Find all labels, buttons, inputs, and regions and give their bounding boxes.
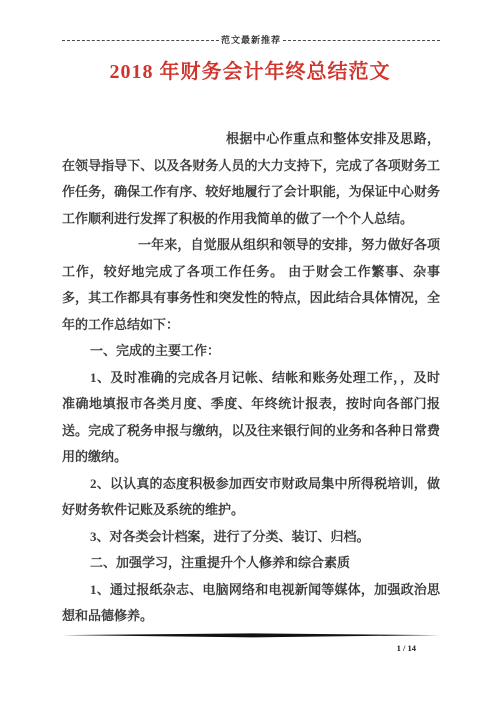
header-dash-left bbox=[62, 40, 219, 41]
paragraph-overview: 一年来，自觉服从组织和领导的安排，努力做好各项工作，较好地完成了各项工作任务。 … bbox=[62, 232, 440, 338]
list-item-3: 3、对各类会计档案，进行了分类、装订、归档。 bbox=[62, 524, 440, 551]
document-title: 2018 年财务会计年终总结范文 bbox=[0, 58, 500, 86]
footer-rule bbox=[62, 633, 440, 638]
paragraph-intro: 根据中心作重点和整体安排及思路，在领导指导下、以及各财务人员的大力支持下，完成了… bbox=[62, 126, 440, 232]
list-item-4: 1、通过报纸杂志、电脑网络和电视新闻等媒体，加强政治思想和品德修养。 bbox=[62, 577, 440, 630]
section-heading-1: 一、完成的主要工作： bbox=[62, 338, 440, 365]
section-heading-2: 二、加强学习，注重提升个人修养和综合素质 bbox=[62, 550, 440, 577]
document-body: 根据中心作重点和整体安排及思路，在领导指导下、以及各财务人员的大力支持下，完成了… bbox=[62, 126, 440, 630]
list-item-2: 2、以认真的态度积极参加西安市财政局集中所得税培训，做好财务软件记账及系统的维护… bbox=[62, 471, 440, 524]
document-page: 范文最新推荐 2018 年财务会计年终总结范文 根据中心作重点和整体安排及思路，… bbox=[0, 0, 500, 707]
list-item-1: 1、及时准确的完成各月记帐、结帐和账务处理工作，，及时准确地填报市各类月度、季度… bbox=[62, 365, 440, 471]
page-footer: 1 / 14 bbox=[62, 633, 440, 638]
header-label: 范文最新推荐 bbox=[221, 34, 281, 46]
page-number: 1 / 14 bbox=[397, 643, 416, 653]
header-rule: 范文最新推荐 bbox=[62, 34, 440, 46]
header-dash-right bbox=[283, 40, 440, 41]
